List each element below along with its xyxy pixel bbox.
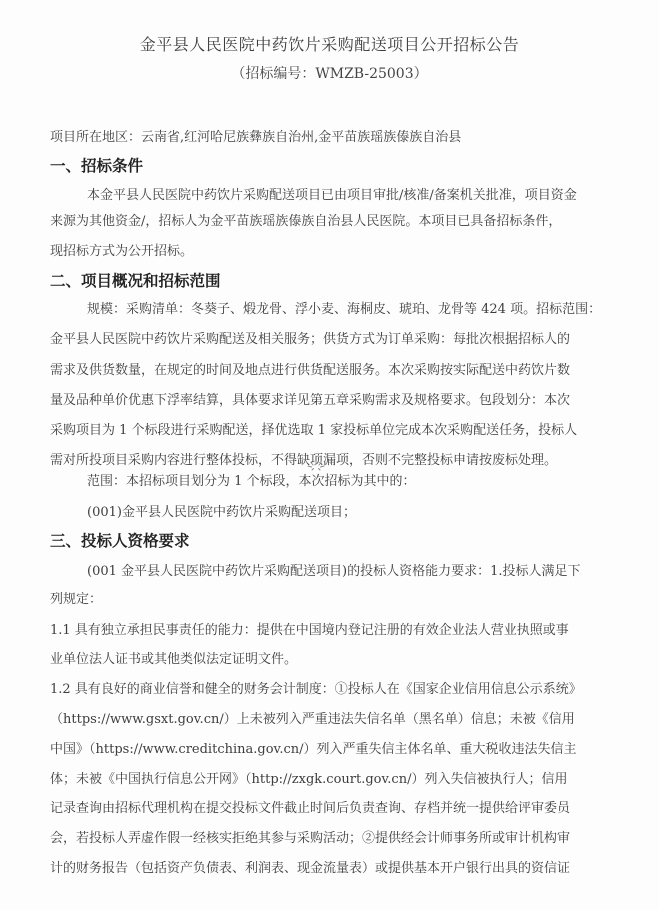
paragraph-line: 计的财务报告（包括资产负债表、利润表、现金流量表）或提供基本开户银行出具的资信证 <box>50 861 610 877</box>
paragraph-line: （https://www.gsxt.gov.cn/）上未被列入严重违法失信名单（… <box>50 712 610 728</box>
project-region: 项目所在地区：云南省,红河哈尼族彝族自治州,金平苗族瑶族傣族自治县 <box>50 130 610 146</box>
paragraph-line: 采购项目为 1 个标段进行采购配送，择优选取 1 家投标单位完成本次采购配送任务… <box>50 423 610 439</box>
paragraph-line: 1.1 具有独立承担民事责任的能力：提供在中国境内登记注册的有效企业法人营业执照… <box>50 623 610 639</box>
paragraph-line: 范围：本招标项目划分为 1 个标段，本次招标为其中的： <box>87 474 647 490</box>
paragraph-line: (001)金平县人民医院中药饮片采购配送项目； <box>87 505 647 521</box>
paragraph-line: 量及品种单价优惠下浮率结算，具体要求详见第五章采购需求及规格要求。包段划分：本次 <box>50 393 610 409</box>
paragraph-line: 体；未被《中国执行信息公开网》（http://zxgk.court.gov.cn… <box>50 772 610 788</box>
paragraph-line: 需对所投项目采购内容进行整体投标，不得缺项漏项，否则不完整投标申请按废标处理。 <box>50 453 610 469</box>
paragraph-line: (001 金平县人民医院中药饮片采购配送项目)的投标人资格能力要求：1.投标人满… <box>87 564 647 580</box>
paragraph-line: 本金平县人民医院中药饮片采购配送项目已由项目审批/核准/备案机关批准，项目资金 <box>87 188 647 204</box>
paragraph-line: 现招标方式为公开招标。 <box>50 244 610 260</box>
paragraph-line: 会，若投标人弄虚作假一经核实拒绝其参与采购活动；②提供经会计师事务所或审计机构审 <box>50 831 610 847</box>
paragraph-line: 1.2 具有良好的商业信誉和健全的财务会计制度：①投标人在《国家企业信用信息公示… <box>50 682 610 698</box>
document-page: 金平县人民医院中药饮片采购配送项目公开招标公告 （招标编号：WMZB-25003… <box>0 0 659 910</box>
paragraph-line: 列规定： <box>50 592 610 608</box>
paragraph-line: 业单位法人证书或其他类似法定证明文件。 <box>50 652 610 668</box>
paragraph-line: 记录查询由招标代理机构在提交投标文件截止时间后负责查询、存档并统一提供给评审委员 <box>50 801 610 817</box>
paragraph-line: 中国》（https://www.creditchina.gov.cn/）列入严重… <box>50 742 610 758</box>
document-title: 金平县人民医院中药饮片采购配送项目公开招标公告 <box>0 32 659 55</box>
tender-number: （招标编号：WMZB-25003） <box>0 63 659 83</box>
paragraph-line: 需求及供货数量，在规定的时间及地点进行供货配送服务。本次采购按实际配送中药饮片数 <box>50 363 610 379</box>
section-heading-3: 三、投标人资格要求 <box>50 529 190 551</box>
paragraph-line: 来源为其他资金/，招标人为金平苗族瑶族傣族自治县人民医院。本项目已具备招标条件， <box>50 214 610 230</box>
loading-spinner-icon <box>306 460 326 472</box>
section-heading-1: 一、招标条件 <box>50 154 143 176</box>
paragraph-line: 规模：采购清单：冬葵子、煅龙骨、浮小麦、海桐皮、琥珀、龙骨等 424 项。招标范… <box>87 302 647 318</box>
section-heading-2: 二、项目概况和招标范围 <box>50 269 221 291</box>
paragraph-line: 金平县人民医院中药饮片采购配送及相关服务；供货方式为订单采购：每批次根据招标人的 <box>50 332 610 348</box>
